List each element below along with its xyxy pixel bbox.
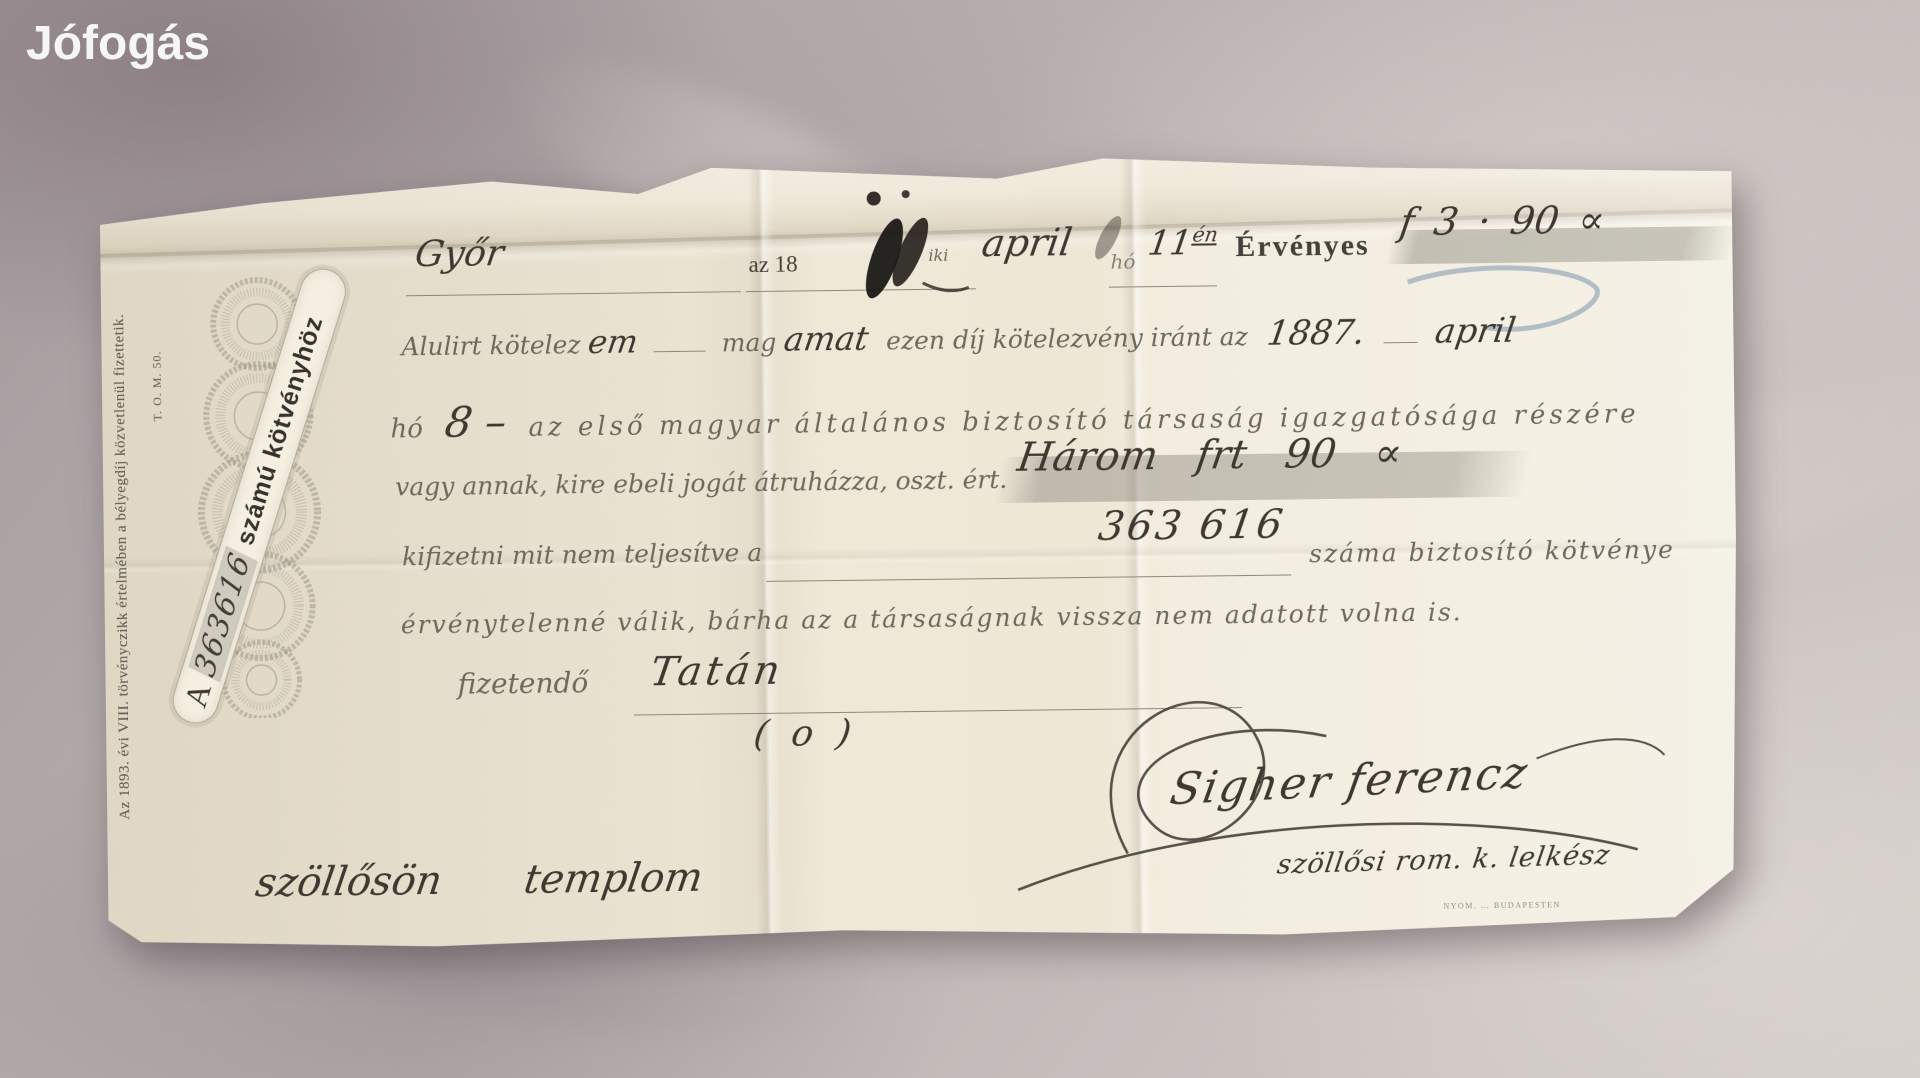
date-day-handwritten: 11én — [1145, 222, 1219, 263]
form-code: T. O. M. 50. — [148, 251, 165, 421]
date-month-handwritten: april — [979, 220, 1075, 265]
handwritten-amat: amat — [781, 319, 871, 359]
document-photo: Az 1893. évi VIII. törvényczikk értelméb… — [99, 146, 1740, 952]
ink-blot — [822, 187, 973, 309]
valid-label-printed: Érvényes — [1235, 228, 1370, 264]
day-suffix: én — [1191, 222, 1220, 246]
printed-mag: mag — [722, 328, 777, 358]
blank-line — [1383, 337, 1417, 343]
site-watermark-logo: Jófogás — [26, 16, 210, 71]
date-place-handwritten: Győr — [412, 233, 506, 275]
printed-ho2: hó — [390, 414, 423, 444]
handwritten-day2: 8 – — [442, 397, 510, 447]
bottom-note-handwritten: szöllősön templom — [253, 855, 706, 907]
handwritten-insert: em — [586, 322, 641, 361]
printed-year-prefix: az 18 — [748, 251, 797, 278]
printed-transfer: vagy annak, kire ebeli jogát átruházza, … — [395, 465, 1007, 501]
document-paper: Az 1893. évi VIII. törvényczikk értelméb… — [99, 146, 1740, 952]
printed-obligation-start: Alulirt kötelez — [401, 330, 580, 361]
printer-imprint: NYOM. … BUDAPESTEN — [1443, 900, 1561, 910]
seal-placeholder-mark: ( o ) — [751, 713, 860, 755]
signature-block: Sigher ferencz szöllősi rom. k. lelkész — [975, 637, 1679, 946]
banner-prefix: A — [176, 679, 218, 712]
handwritten-year: 1887. — [1265, 313, 1368, 354]
printed-payable: fizetendő — [457, 666, 588, 701]
payable-place-handwritten: Tatán — [647, 648, 787, 696]
handwritten-month: april — [1432, 311, 1518, 352]
printed-iki-suffix: iki — [928, 246, 948, 265]
printed-obligation-mid: ezen díj kötelezvény iránt az — [886, 322, 1248, 355]
day-number: 11 — [1145, 223, 1194, 264]
valid-amount-handwritten: f 3 · 90 ∝ — [1397, 198, 1608, 245]
ink-smudge — [1088, 205, 1129, 269]
amount-words-handwritten: Három frt 90 ∝ — [1015, 430, 1406, 481]
printed-policy-suffix: száma biztosító kötvénye — [1309, 535, 1675, 568]
photo-page: { "watermark": "Jófogás", "side": { "law… — [0, 0, 1920, 1078]
blank-line — [654, 346, 706, 353]
printed-policy-start: kifizetni mit nem teljesítve a — [402, 538, 762, 571]
policy-number-handwritten: 363 616 — [1095, 501, 1288, 549]
